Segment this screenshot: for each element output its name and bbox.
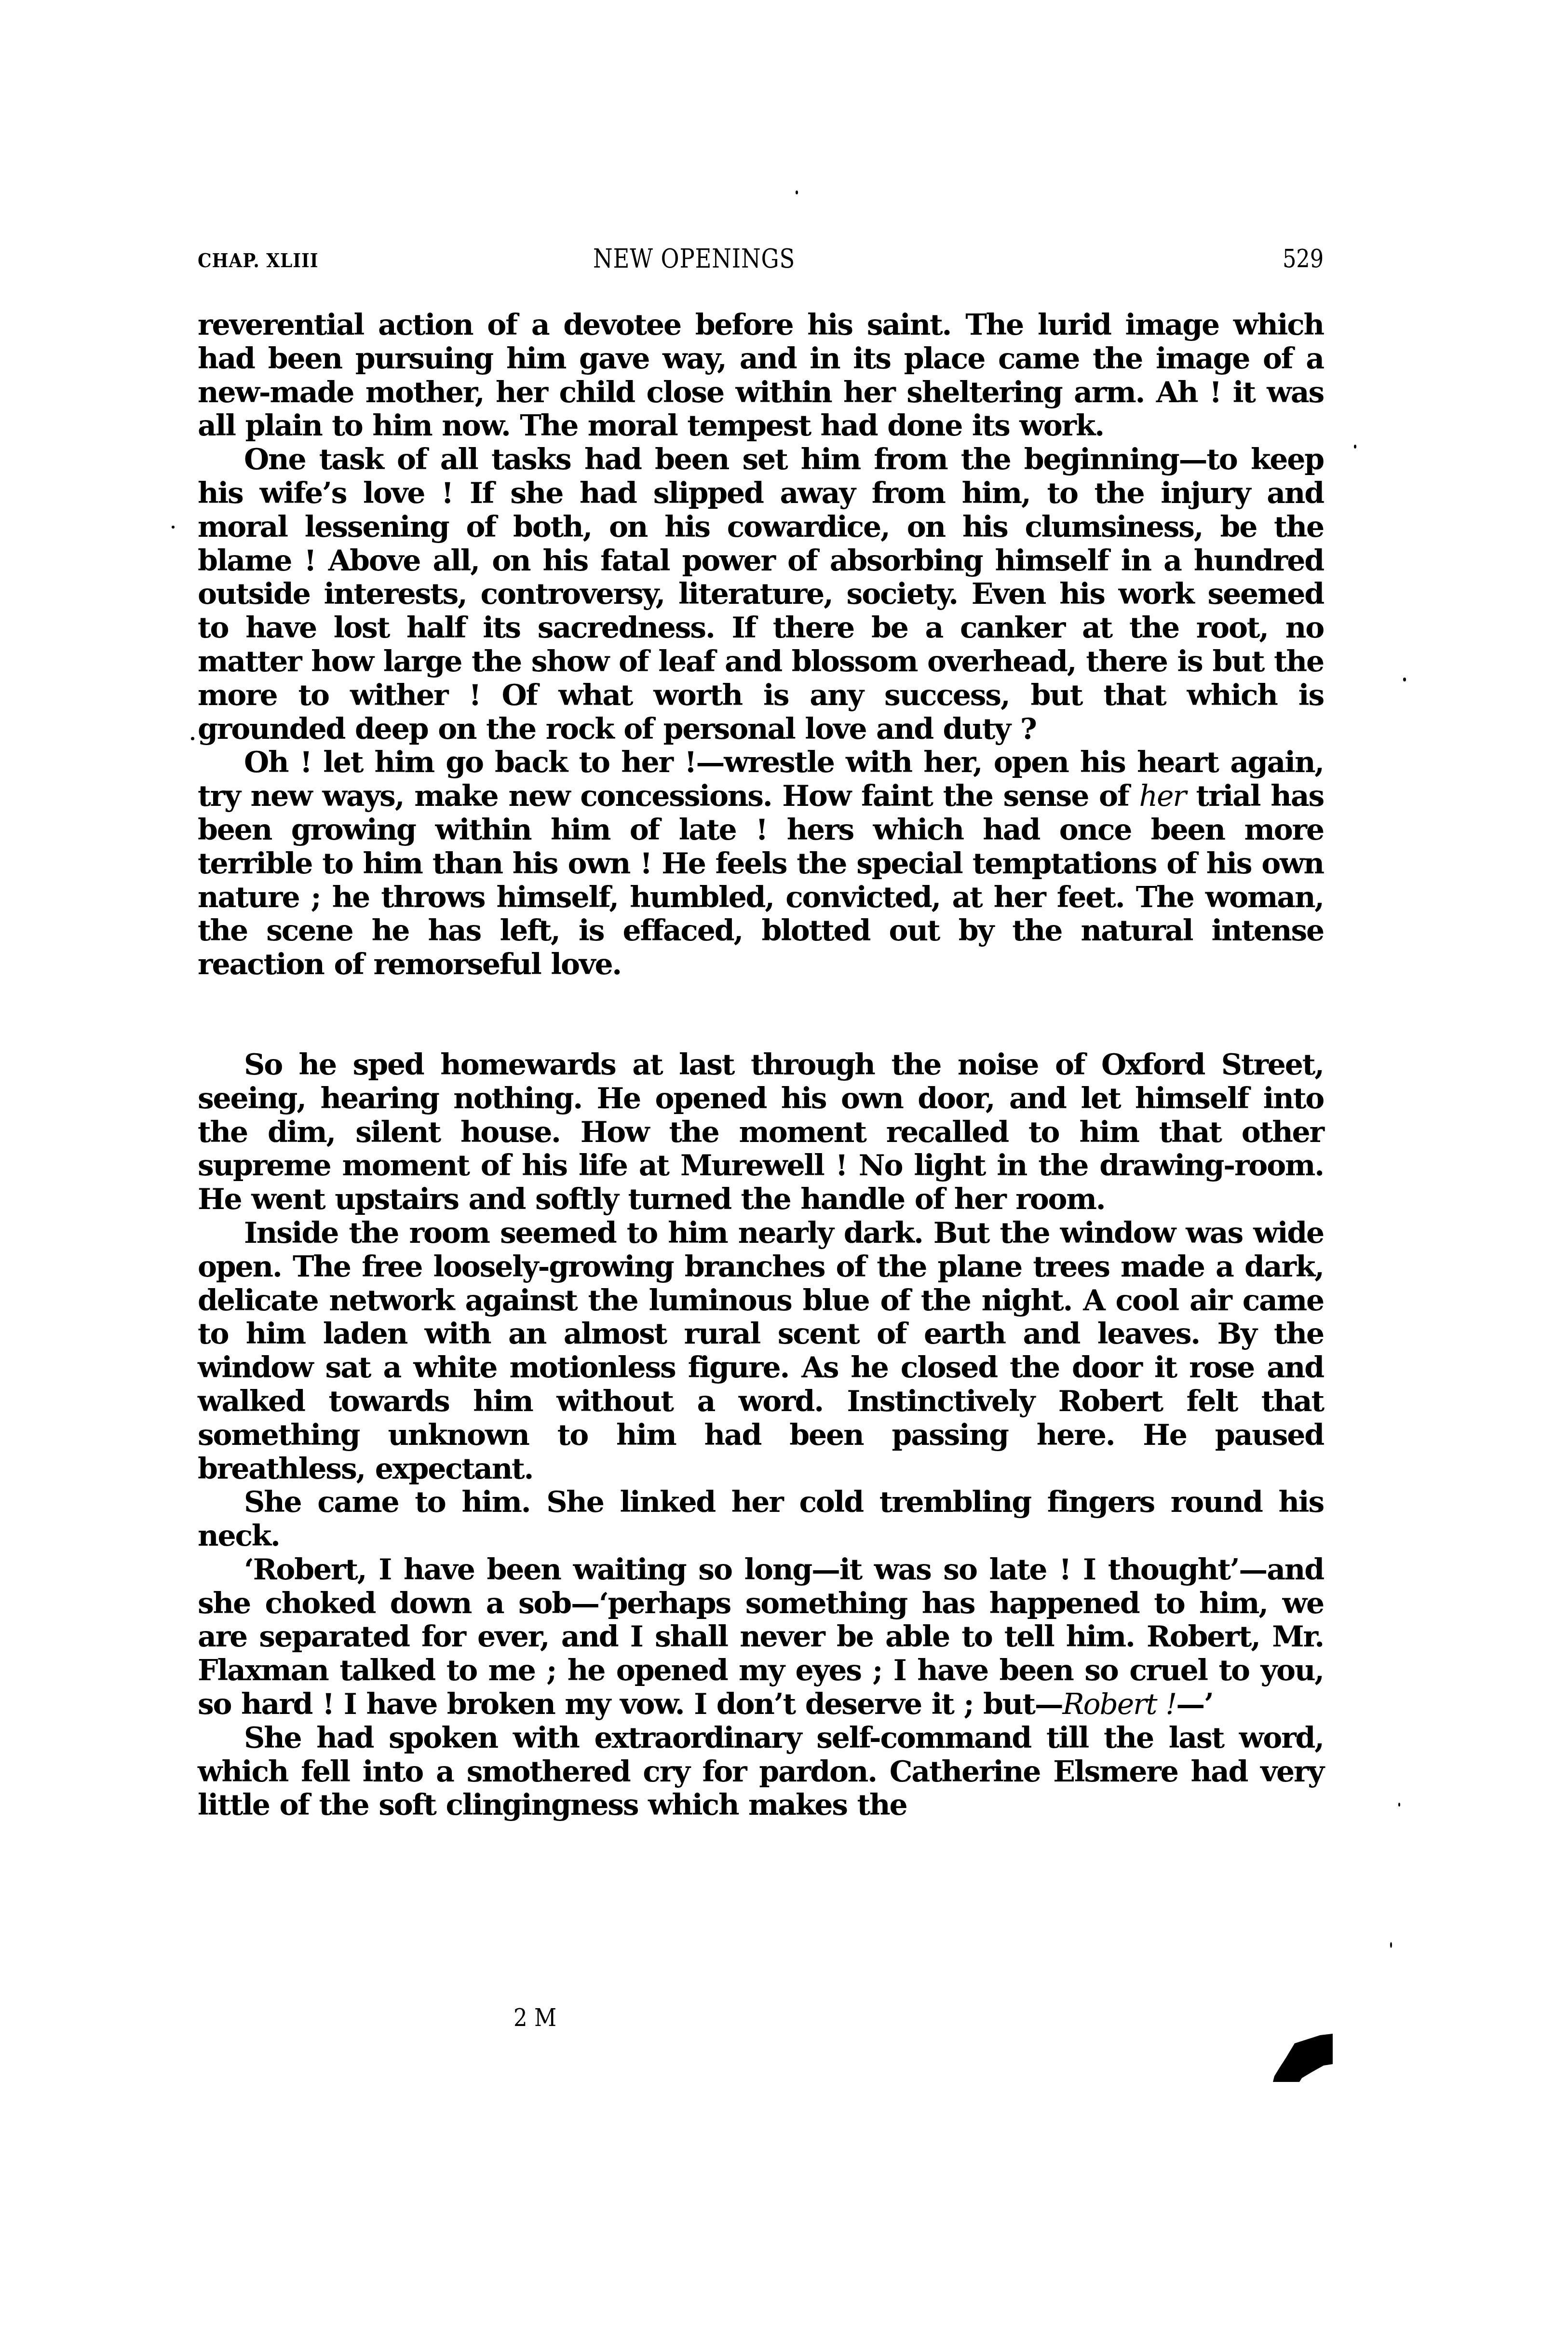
paragraph-7: ‘Robert, I have been waiting so long—it … [198, 1553, 1324, 1722]
speck-top [796, 190, 798, 194]
body-text: reverential action of a devotee before h… [198, 309, 1324, 1822]
paragraph-3-italic-her: her [1139, 779, 1185, 813]
signature-mark: 2 M [514, 2004, 556, 2032]
paragraph-1: reverential action of a devotee before h… [198, 309, 1324, 443]
speck-right-1 [1354, 445, 1356, 449]
paragraph-8: She had spoken with extraordinary self-c… [198, 1722, 1324, 1822]
paragraph-5: Inside the room seemed to him nearly dar… [198, 1217, 1324, 1486]
speck-margin-2 [191, 737, 194, 740]
paragraph-4: So he sped homewards at last through the… [198, 1048, 1324, 1217]
ink-blot-icon [1273, 2034, 1333, 2083]
paragraph-3: Oh ! let him go back to her !—wrestle wi… [198, 746, 1324, 982]
speck-right-3 [1398, 1803, 1400, 1807]
running-head: CHAP. XLIII NEW OPENINGS 529 [198, 244, 1324, 272]
speck-margin-1 [172, 526, 175, 529]
paragraph-6: She came to him. She linked her cold tre… [198, 1486, 1324, 1553]
chapter-label: CHAP. XLIII [198, 249, 318, 272]
speck-right-4 [1390, 1942, 1392, 1948]
page-number: 529 [1283, 245, 1324, 273]
paragraph-7-italic-robert: Robert ! [1063, 1687, 1176, 1721]
paragraph-7-part-3: —’ [1176, 1687, 1213, 1721]
paragraph-2: One task of all tasks had been set him f… [198, 443, 1324, 746]
speck-right-2 [1403, 678, 1406, 681]
running-title: NEW OPENINGS [593, 244, 795, 274]
